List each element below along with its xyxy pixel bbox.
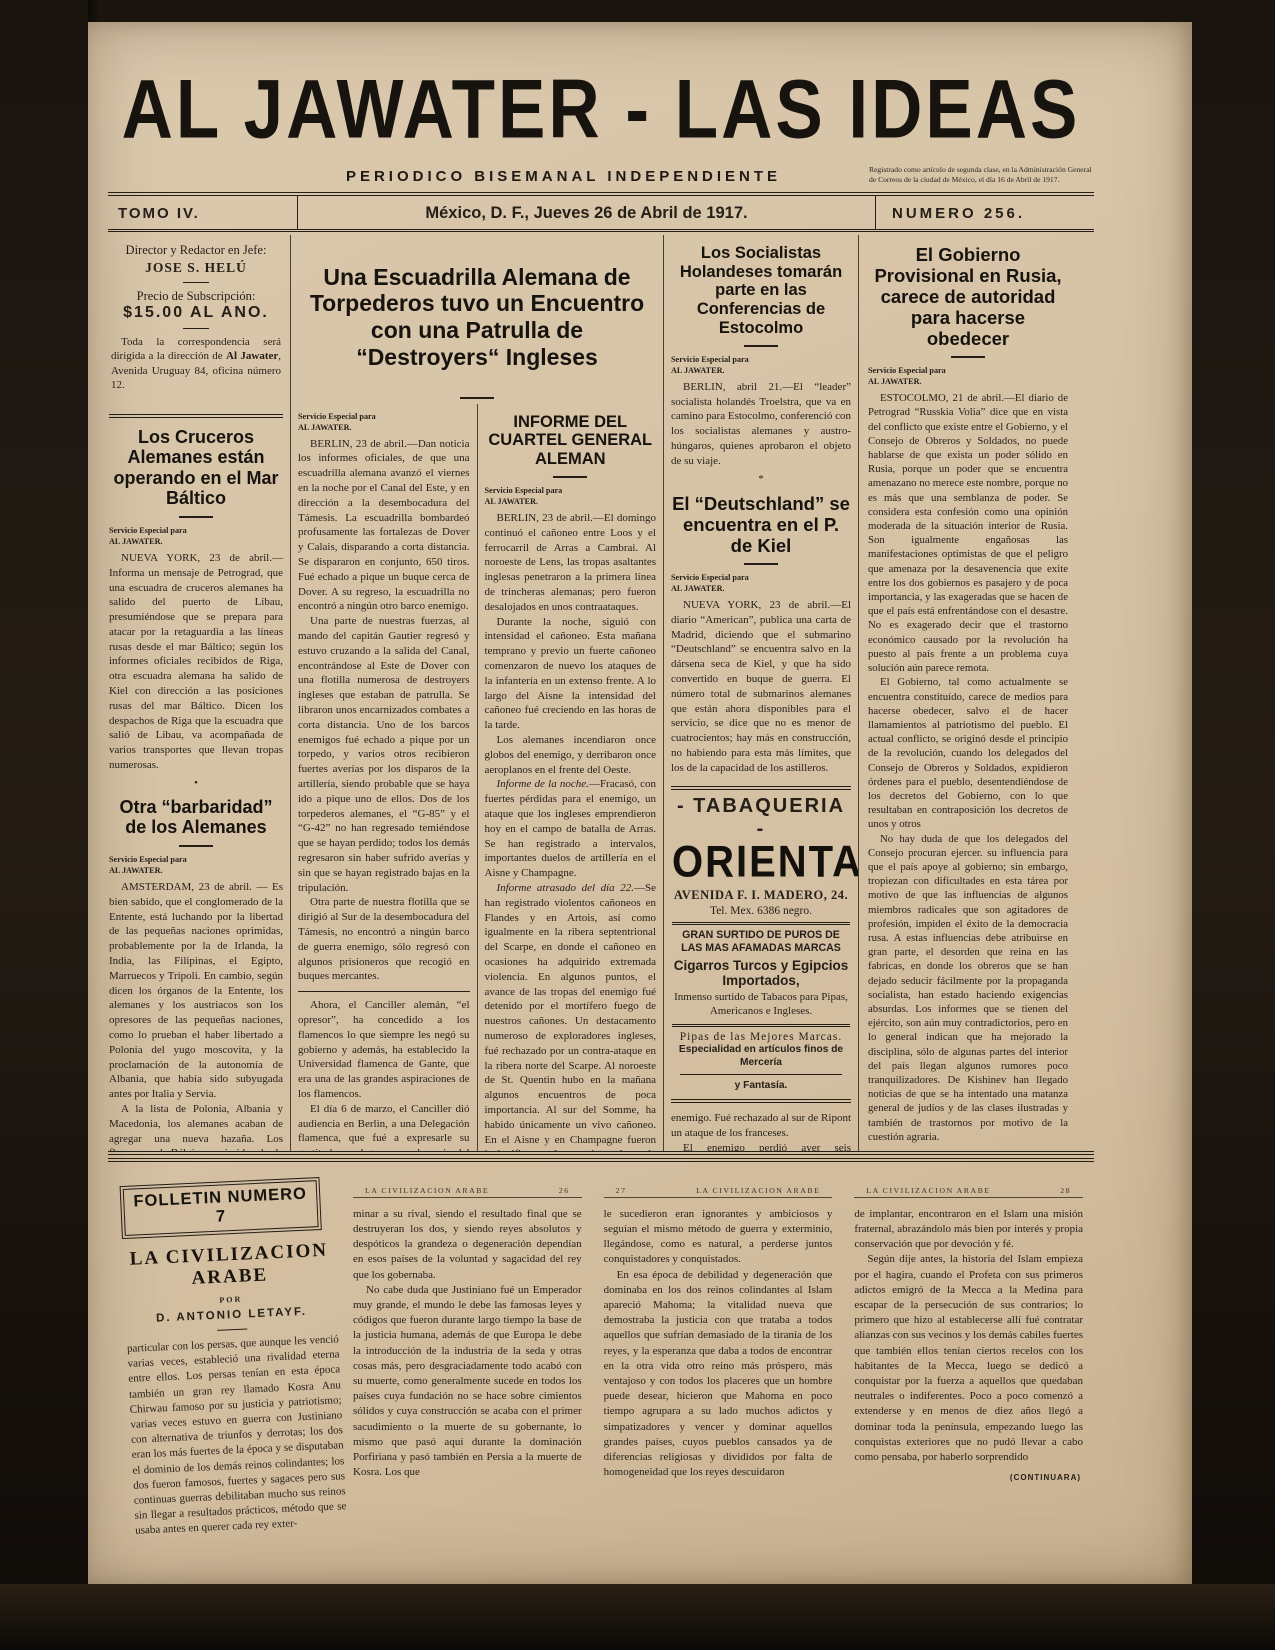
subscription-price: $15.00 AL ANO.	[111, 304, 281, 322]
ad-slogan-line1: GRAN SURTIDO DE PUROS DE	[672, 929, 850, 943]
dateline-bar: TOMO IV. México, D. F., Jueves 26 de Abr…	[108, 192, 1094, 232]
folletin-column-4: LA CIVILIZACION ARABE 28 de implantar, e…	[843, 1168, 1094, 1560]
article-paragraph: NUEVA YORK, 23 de abril.—El diario “Amer…	[671, 598, 851, 776]
byline-line2: AL JAWATER.	[485, 496, 657, 507]
running-head: LA CIVILIZACION ARABE 28	[854, 1186, 1083, 1198]
report-label: Informe atrasado del día 22.	[497, 882, 635, 894]
director-name: JOSE S. HELÚ	[111, 260, 281, 276]
registration-notice: Registrado como artículo de segunda clas…	[869, 165, 1094, 185]
column-4: Los Socialistas Holandeses tomarán parte…	[664, 235, 859, 1151]
article-paragraph: Otra parte de nuestra flotilla que se di…	[298, 895, 470, 984]
ad-slogan-line2: LAS MAS AFAMADAS MARCAS	[672, 942, 850, 956]
byline-line1: Servicio Especial para	[109, 854, 283, 865]
article-paragraph-continuation: enemigo. Fué rechazado al sur de Ripont …	[671, 1111, 851, 1141]
article-paragraph: BERLIN, 23 de abril.—Dan noticia los inf…	[298, 437, 470, 615]
article-paragraph: Durante la noche, siguió con intensidad …	[485, 615, 657, 733]
article-paragraph: BERLIN, abril 21.—El “leader” socialista…	[671, 380, 851, 469]
ad-divider	[672, 1024, 850, 1027]
article-headline: Otra “barbaridad” de los Alemanes	[109, 797, 283, 838]
photo-bottom-shadow	[0, 1584, 1275, 1650]
folletin-paragraph: particular con los persas, que aunque le…	[127, 1332, 348, 1539]
article-headline: Los Socialistas Holandeses tomarán parte…	[671, 244, 851, 338]
running-head-title: LA CIVILIZACION ARABE	[365, 1186, 489, 1195]
newspaper-subtitle: PERIODICO BISEMANAL INDEPENDIENTE	[108, 168, 869, 185]
byline-line1: Servicio Especial para	[671, 354, 851, 365]
headline-rule	[460, 397, 494, 399]
article-byline: Servicio Especial para AL JAWATER.	[109, 525, 283, 547]
article-informe-cuartel: INFORME DEL CUARTEL GENERAL ALEMAN Servi…	[485, 413, 657, 1151]
article-byline: Servicio Especial para AL JAWATER.	[868, 365, 1068, 387]
byline-line2: AL JAWATER.	[298, 422, 470, 433]
headline-rule	[217, 1328, 247, 1330]
article-gobierno-rusia: El Gobierno Provisional en Rusia, carece…	[868, 244, 1068, 1144]
column-3: INFORME DEL CUARTEL GENERAL ALEMAN Servi…	[478, 404, 664, 1151]
correspondence-name: Al Jawater	[226, 350, 278, 362]
ad-pipes-line: Pipas de las Mejores Marcas.	[672, 1031, 850, 1043]
ad-phone: Tel. Mex. 6386 negro.	[672, 905, 850, 917]
ad-specialty-line1: Especialidad en artículos finos de Merce…	[672, 1043, 850, 1071]
article-paragraph: A la lista de Polonia, Albania y Macedon…	[109, 1102, 283, 1151]
article-paragraph: NUEVA YORK, 23 de abril.—Informa un mens…	[109, 551, 283, 773]
folletin-paragraph: No cabe duda que Justiniano fué un Emper…	[353, 1283, 582, 1481]
divider-rule	[183, 328, 209, 329]
report-text: —Se han registrado violentos cañoneos en…	[485, 882, 657, 1151]
ad-divider	[672, 922, 850, 925]
volume-label: TOMO IV.	[108, 196, 298, 229]
article-headline: INFORME DEL CUARTEL GENERAL ALEMAN	[485, 413, 657, 469]
running-head-title: LA CIVILIZACION ARABE	[866, 1186, 990, 1195]
folletin-column-3: 27 LA CIVILIZACION ARABE le sucedieron e…	[593, 1168, 844, 1560]
article-paragraph-continuation: El enemigo perdió ayer seis aeroplanos. …	[671, 1141, 851, 1151]
byline-line1: Servicio Especial para	[671, 572, 851, 583]
article-paragraph: ESTOCOLMO, 21 de abril.—El diario de Pet…	[868, 391, 1068, 675]
print-area: AL JAWATER - LAS IDEAS PERIODICO BISEMAN…	[88, 22, 1192, 1560]
folletin-section: FOLLETIN NUMERO 7 LA CIVILIZACION ARABE …	[108, 1158, 1094, 1560]
article-byline: Servicio Especial para AL JAWATER.	[109, 854, 283, 876]
divider-rule	[183, 282, 209, 283]
main-columns: Director y Redactor en Jefe: JOSE S. HEL…	[108, 235, 1094, 1155]
headline-rule	[553, 476, 587, 478]
masthead-subrow: PERIODICO BISEMANAL INDEPENDIENTE Regist…	[108, 165, 1094, 185]
column-2: Servicio Especial para AL JAWATER. BERLI…	[291, 404, 478, 1151]
article-paragraph: Informe de la noche.—Fracasó, con fuerte…	[485, 777, 657, 881]
headline-rule	[744, 563, 778, 565]
article-headline: El Gobierno Provisional en Rusia, carece…	[868, 244, 1068, 349]
article-byline: Servicio Especial para AL JAWATER.	[485, 485, 657, 507]
running-head-page: 27	[616, 1186, 627, 1195]
article-byline: Servicio Especial para AL JAWATER.	[671, 354, 851, 376]
ad-divider	[680, 1074, 842, 1075]
byline-line2: AL JAWATER.	[671, 365, 851, 376]
article-paragraph: Ahora, el Canciller alemán, “el opresor”…	[298, 998, 470, 1102]
byline-line1: Servicio Especial para	[485, 485, 657, 496]
ad-category: - TABAQUERIA -	[672, 795, 850, 841]
tobacco-shop-ad: - TABAQUERIA - ORIENTAL AVENIDA F. I. MA…	[671, 786, 851, 1103]
article-socialistas: Los Socialistas Holandeses tomarán parte…	[671, 244, 851, 469]
article-paragraph: Informe atrasado del día 22.—Se han regi…	[485, 881, 657, 1151]
ad-cigars-line: Cigarros Turcos y Egipcios Importados,	[672, 958, 850, 988]
byline-line2: AL JAWATER.	[868, 376, 1068, 387]
folletin-paragraph: de implantar, encontraron en el Islam un…	[854, 1207, 1083, 1253]
article-paragraph: El día 6 de marzo, el Canciller dió audi…	[298, 1102, 470, 1151]
running-head: LA CIVILIZACION ARABE 26	[353, 1186, 582, 1198]
issue-date: México, D. F., Jueves 26 de Abril de 191…	[298, 196, 875, 229]
byline-line1: Servicio Especial para	[298, 411, 470, 422]
continuara-note: (CONTINUARA)	[856, 1473, 1081, 1482]
byline-line1: Servicio Especial para	[109, 525, 283, 536]
ad-address: AVENIDA F. I. MADERO, 24.	[672, 888, 850, 903]
headline-rule	[179, 845, 213, 847]
article-barbaridad: Otra “barbaridad” de los Alemanes Servic…	[109, 797, 283, 1151]
article-headline: Los Cruceros Alemanes están operando en …	[109, 427, 283, 509]
article-headline: El “Deutschland” se encuentra en el P. d…	[671, 493, 851, 556]
folletin-paragraph: En esa época de debilidad y degeneración…	[604, 1268, 833, 1481]
article-paragraph: No hay duda de que los delegados del Con…	[868, 832, 1068, 1144]
article-divider: •	[109, 778, 283, 788]
section-rule	[298, 991, 470, 992]
headline-rule	[744, 345, 778, 347]
newspaper-page: AL JAWATER - LAS IDEAS PERIODICO BISEMAN…	[88, 22, 1192, 1584]
article-byline: Servicio Especial para AL JAWATER.	[298, 411, 470, 433]
folletin-column-2: LA CIVILIZACION ARABE 26 minar a su riva…	[342, 1168, 593, 1560]
article-paragraph: Una parte de nuestras fuerzas, al mando …	[298, 614, 470, 895]
director-label: Director y Redactor en Jefe:	[111, 243, 281, 258]
article-byline: Servicio Especial para AL JAWATER.	[671, 572, 851, 594]
price-label: Precio de Subscripción:	[111, 289, 281, 304]
article-paragraph: AMSTERDAM, 23 de abril. — Es bien sabido…	[109, 880, 283, 1102]
article-paragraph: Los alemanes incendiaron once globos del…	[485, 733, 657, 777]
ad-shop-name: ORIENTAL	[672, 838, 850, 885]
columns-2-3: Una Escuadrilla Alemana de Torpederos tu…	[291, 235, 664, 1151]
article-paragraph: El Gobierno, tal como actualmente se enc…	[868, 675, 1068, 831]
column-5: El Gobierno Provisional en Rusia, carece…	[859, 235, 1074, 1151]
folletin-column-1: FOLLETIN NUMERO 7 LA CIVILIZACION ARABE …	[108, 1168, 360, 1560]
running-head-title: LA CIVILIZACION ARABE	[696, 1186, 820, 1195]
report-label: Informe de la noche.	[497, 778, 589, 790]
lead-article-headline: Una Escuadrilla Alemana de Torpederos tu…	[291, 254, 663, 371]
column-1: Director y Redactor en Jefe: JOSE S. HEL…	[108, 235, 291, 1151]
running-head-page: 26	[559, 1186, 570, 1195]
masthead: AL JAWATER - LAS IDEAS PERIODICO BISEMAN…	[108, 62, 1094, 232]
byline-line2: AL JAWATER.	[109, 865, 283, 876]
byline-line1: Servicio Especial para	[868, 365, 1068, 376]
headline-rule	[951, 356, 985, 358]
article-cruceros: Los Cruceros Alemanes están operando en …	[109, 427, 283, 773]
publisher-info-box: Director y Redactor en Jefe: JOSE S. HEL…	[109, 235, 283, 418]
report-text: —Fracasó, con fuertes pérdidas para el e…	[485, 778, 657, 879]
folletin-paragraph: Según dije antes, la historia del Islam …	[854, 1252, 1083, 1465]
folletin-title: LA CIVILIZACION ARABE	[122, 1239, 336, 1293]
byline-line2: AL JAWATER.	[671, 583, 851, 594]
article-divider: *	[671, 474, 851, 484]
folletin-number-box: FOLLETIN NUMERO 7	[120, 1177, 322, 1239]
article-deutschland: El “Deutschland” se encuentra en el P. d…	[671, 493, 851, 776]
running-head: 27 LA CIVILIZACION ARABE	[604, 1186, 833, 1198]
headline-rule	[179, 516, 213, 518]
lead-article-columns: Servicio Especial para AL JAWATER. BERLI…	[291, 404, 663, 1151]
article-paragraph: BERLIN, 23 de abril.—El domingo continuó…	[485, 511, 657, 615]
running-head-page: 28	[1060, 1186, 1071, 1195]
correspondence-note: Toda la correspondencia será dirigida a …	[111, 335, 281, 393]
folletin-paragraph: minar a su rival, siendo el resultado fi…	[353, 1207, 582, 1283]
issue-number: NUMERO 256.	[875, 196, 1094, 229]
ad-tobacco-line: Inmenso surtido de Tabacos para Pipas, A…	[672, 990, 850, 1019]
ad-specialty-line2: y Fantasía.	[672, 1079, 850, 1093]
folletin-paragraph: le sucedieron eran ignorantes y ambicios…	[604, 1207, 833, 1268]
byline-line2: AL JAWATER.	[109, 536, 283, 547]
newspaper-title: AL JAWATER - LAS IDEAS	[108, 62, 1094, 158]
